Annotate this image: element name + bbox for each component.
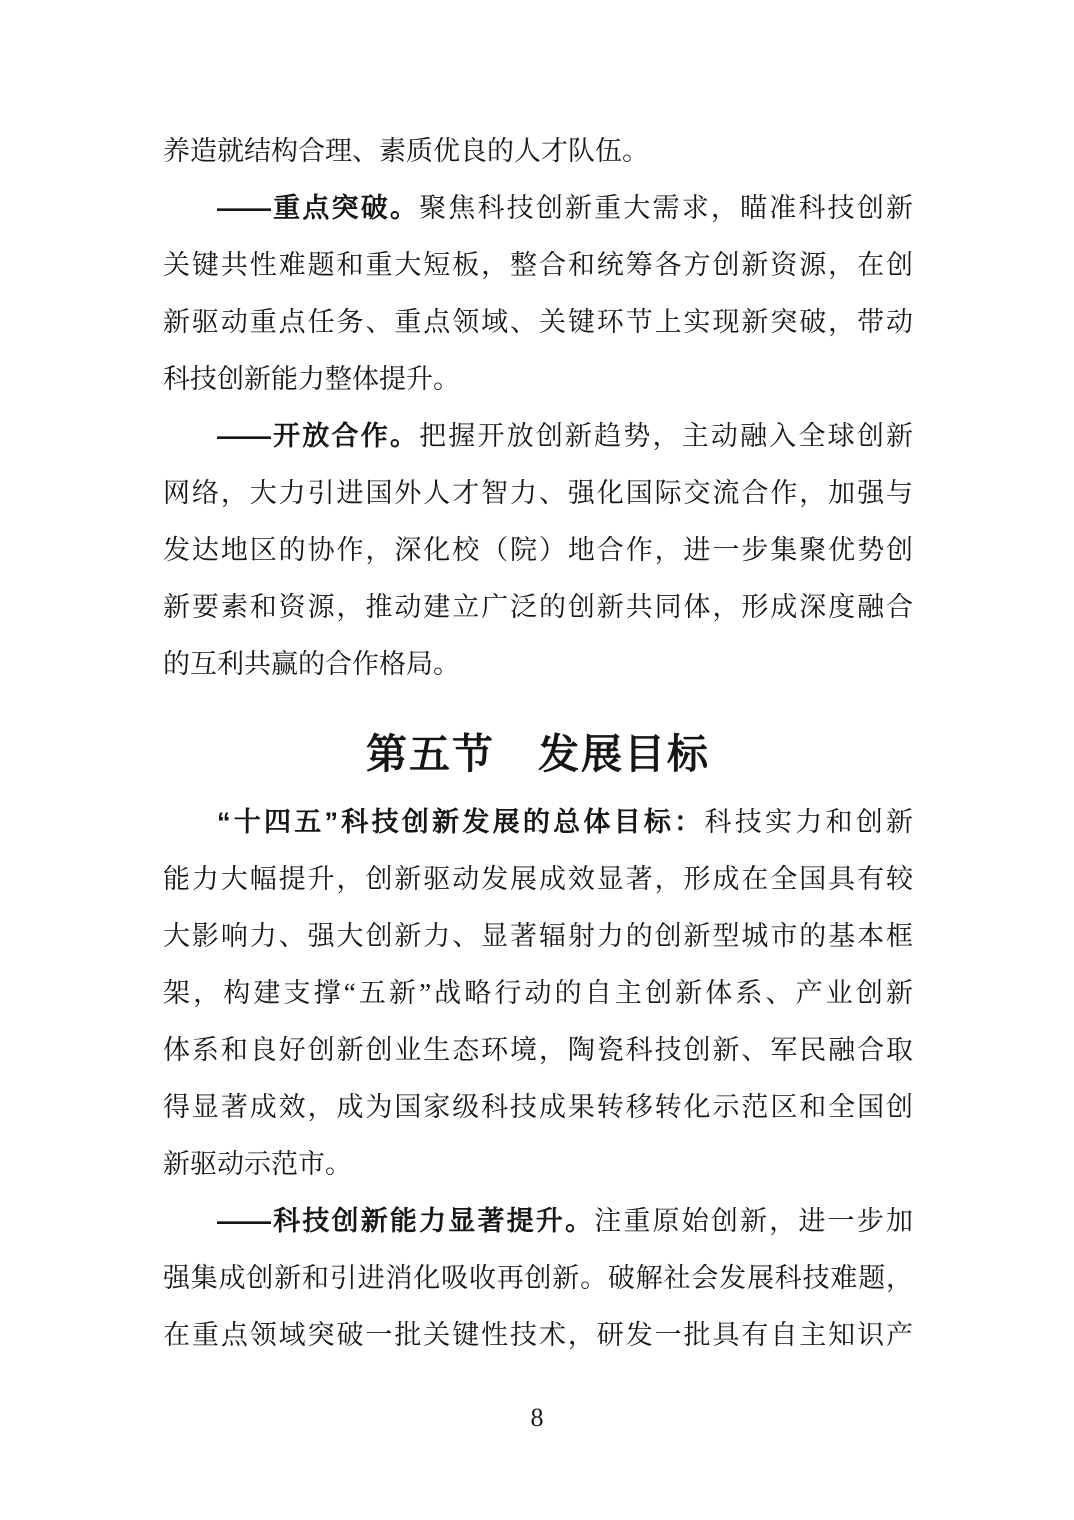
body-line: 新要素和资源，推动建立广泛的创新共同体，形成深度融合 (163, 579, 913, 636)
paragraph-lead: ——科技创新能力显著提升。 (217, 1206, 594, 1236)
body-text: 科技实力和创新 (704, 807, 913, 837)
body-line: 发达地区的协作，深化校（院）地合作，进一步集聚优势创 (163, 522, 913, 579)
body-line: 强集成创新和引进消化吸收再创新。破解社会发展科技难题， (163, 1250, 913, 1307)
body-text: 把握开放创新趋势，主动融入全球创新 (419, 421, 913, 451)
body-text: 注重原始创新，进一步加 (594, 1206, 913, 1236)
section-heading: 第五节 发展目标 (163, 726, 913, 783)
paragraph-lead: “十四五”科技创新发展的总体目标： (217, 807, 704, 837)
document-page: 养造就结构合理、素质优良的人才队伍。 ——重点突破。聚焦科技创新重大需求，瞄准科… (0, 0, 1074, 1520)
body-line: 养造就结构合理、素质优良的人才队伍。 (163, 123, 913, 180)
paragraph-lead: ——开放合作。 (217, 421, 419, 451)
body-line: 得显著成效，成为国家级科技成果转移转化示范区和全国创 (163, 1079, 913, 1136)
body-line: 架，构建支撑“五新”战略行动的自主创新体系、产业创新 (163, 965, 913, 1022)
body-text: 聚焦科技创新重大需求，瞄准科技创新 (419, 193, 913, 223)
body-line: ——重点突破。聚焦科技创新重大需求，瞄准科技创新 (163, 180, 913, 237)
body-line: 新驱动重点任务、重点领域、关键环节上实现新突破，带动 (163, 294, 913, 351)
body-line: 大影响力、强大创新力、显著辐射力的创新型城市的基本框 (163, 908, 913, 965)
body-line: 网络，大力引进国外人才智力、强化国际交流合作，加强与 (163, 465, 913, 522)
body-line: 体系和良好创新创业生态环境，陶瓷科技创新、军民融合取 (163, 1022, 913, 1079)
body-line: “十四五”科技创新发展的总体目标：科技实力和创新 (163, 794, 913, 851)
paragraph-lead: ——重点突破。 (217, 193, 419, 223)
body-line: 在重点领域突破一批关键性技术，研发一批具有自主知识产 (163, 1307, 913, 1364)
text-block: 养造就结构合理、素质优良的人才队伍。 ——重点突破。聚焦科技创新重大需求，瞄准科… (163, 123, 913, 1364)
body-line: 科技创新能力整体提升。 (163, 351, 913, 408)
body-line: 的互利共赢的合作格局。 (163, 636, 913, 693)
page-number: 8 (0, 1398, 1074, 1438)
body-line: ——科技创新能力显著提升。注重原始创新，进一步加 (163, 1193, 913, 1250)
body-line: 新驱动示范市。 (163, 1136, 913, 1193)
body-line: 关键共性难题和重大短板，整合和统筹各方创新资源，在创 (163, 237, 913, 294)
body-line: ——开放合作。把握开放创新趋势，主动融入全球创新 (163, 408, 913, 465)
body-line: 能力大幅提升，创新驱动发展成效显著，形成在全国具有较 (163, 851, 913, 908)
